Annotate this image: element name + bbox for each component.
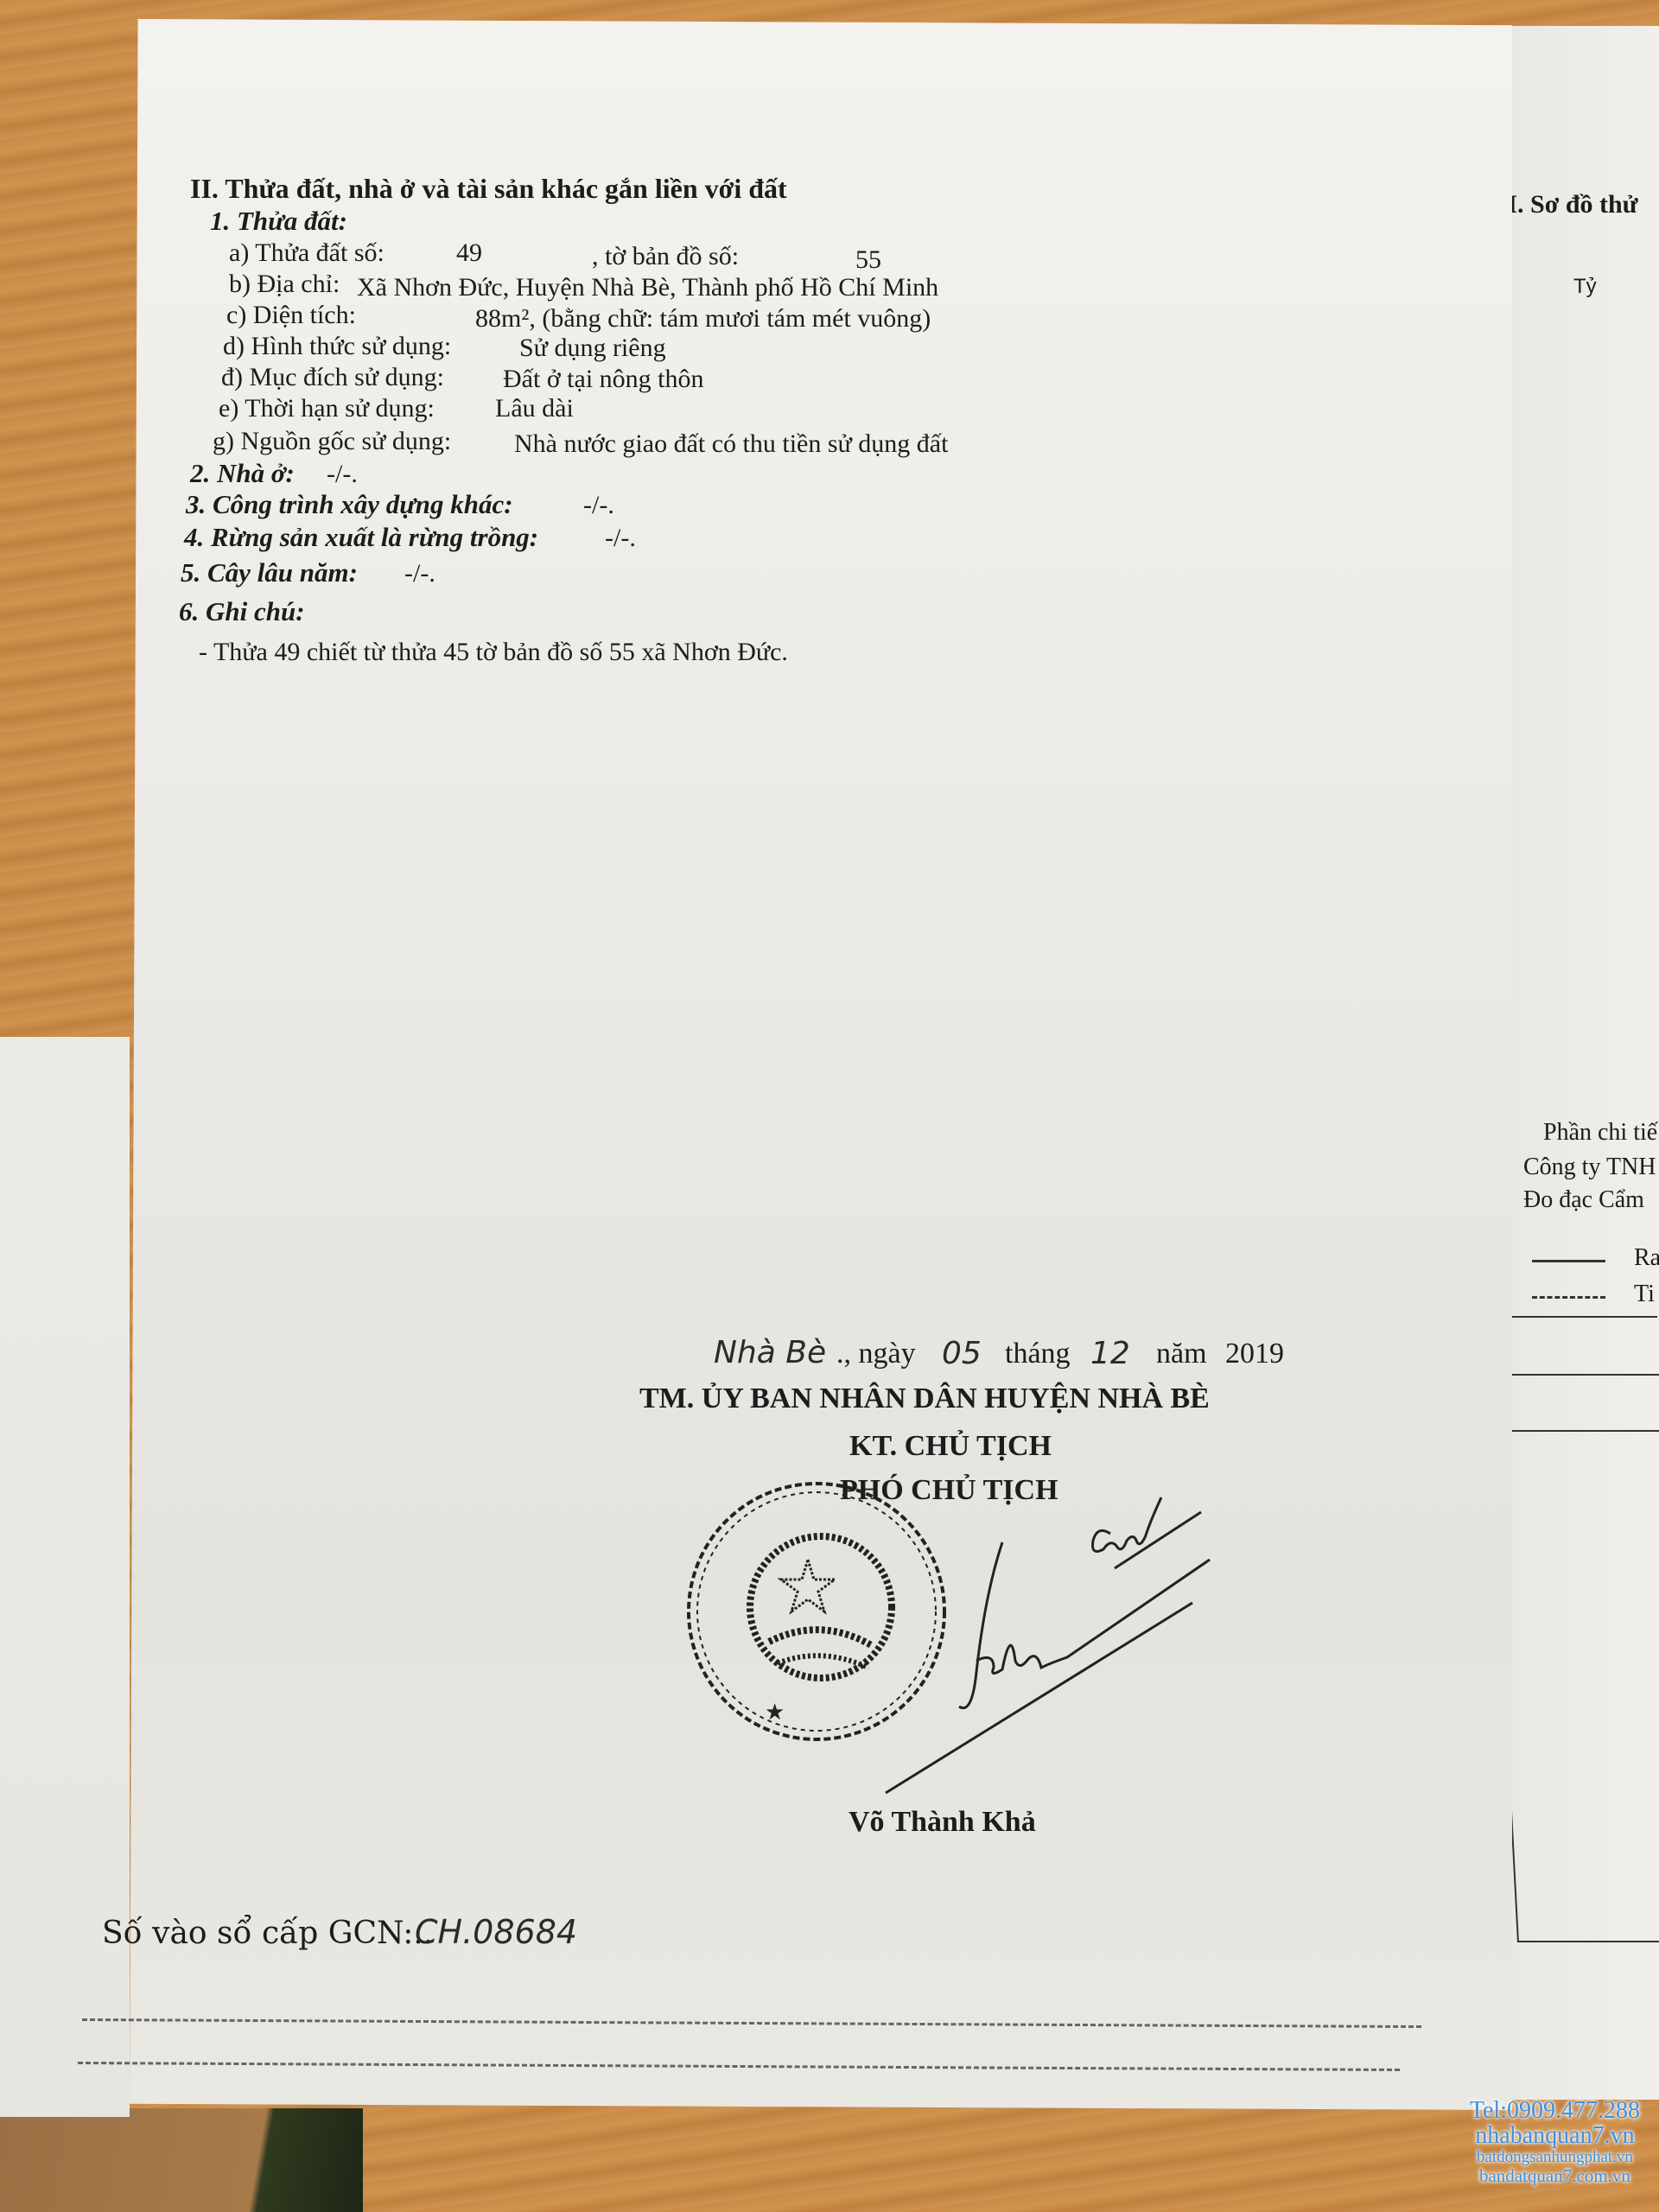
legend-label-2: Ti [1634, 1281, 1655, 1308]
signer-name: Võ Thành Khả [849, 1806, 1036, 1839]
item4-heading: 4. Rừng sản xuất là rừng trồng: [184, 522, 538, 553]
item3-heading: 3. Công trình xây dựng khác: [186, 489, 513, 520]
year-label: năm [1156, 1338, 1207, 1370]
watermark-site-2: batdongsanhungphat.vn [1470, 2149, 1640, 2166]
desk-surface-dark [0, 2108, 363, 2212]
table-divider [1490, 1374, 1659, 1376]
map-sheet-value: 55 [855, 245, 881, 275]
signing-day: 05 [942, 1336, 982, 1371]
signature-icon [847, 1434, 1244, 1797]
item3-value: -/-. [583, 491, 614, 520]
parcel-number-value: 49 [456, 238, 482, 268]
watermark: Tel:0909.477.288 nhabanquan7.vn batdongs… [1470, 2098, 1640, 2185]
page-edge [0, 1037, 130, 2117]
stamp-star: ★ [765, 1700, 785, 1726]
detail-line-3: Đo đạc Cẩm [1523, 1186, 1644, 1214]
legend-label-1: Ra [1634, 1244, 1659, 1272]
legend-dashed-line [1532, 1296, 1605, 1299]
registry-label: Số vào sổ cấp GCN:.. [102, 1916, 433, 1951]
address-label: b) Địa chỉ: [229, 270, 340, 299]
detail-line-1: Phần chi tiế [1543, 1119, 1657, 1147]
usage-term-label: e) Thời hạn sử dụng: [219, 394, 435, 423]
usage-origin-value: Nhà nước giao đất có thu tiền sử dụng đấ… [514, 429, 948, 459]
map-sheet-label: , tờ bản đồ số: [592, 242, 739, 271]
watermark-site-1: nhabanquan7.vn [1470, 2123, 1640, 2148]
usage-form-value: Sử dụng riêng [519, 334, 666, 363]
legend-solid-line [1532, 1260, 1605, 1262]
signing-month: 12 [1090, 1336, 1130, 1371]
note-text: - Thửa 49 chiết từ thửa 45 tờ bản đồ số … [199, 638, 788, 667]
watermark-site-3: bandatquan7.com.vn [1470, 2166, 1640, 2185]
section2-title: II. Thửa đất, nhà ở và tài sản khác gắn … [190, 173, 787, 205]
usage-form-label: d) Hình thức sử dụng: [223, 332, 451, 361]
signing-place: Nhà Bè [714, 1335, 826, 1370]
month-label: tháng [1005, 1338, 1071, 1370]
item5-value: -/-. [404, 559, 435, 588]
issuing-organization: TM. ỦY BAN NHÂN DÂN HUYỆN NHÀ BÈ [639, 1382, 1210, 1415]
item2-heading: 2. Nhà ở: [190, 458, 295, 489]
usage-purpose-value: Đất ở tại nông thôn [503, 365, 704, 394]
usage-term-value: Lâu dài [495, 394, 574, 423]
parcel-number-label: a) Thửa đất số: [229, 238, 385, 268]
item5-heading: 5. Cây lâu năm: [181, 557, 358, 588]
area-value: 88m², (bằng chữ: tám mươi tám mét vuông) [475, 304, 931, 334]
address-value: Xã Nhơn Đức, Huyện Nhà Bè, Thành phố Hồ … [357, 273, 938, 302]
usage-origin-label: g) Nguồn gốc sử dụng: [213, 427, 451, 456]
item2-value: -/-. [327, 460, 358, 489]
table-divider [1492, 1430, 1659, 1432]
usage-purpose-label: đ) Mục đích sử dụng: [221, 363, 444, 392]
date-prefix: ., ngày [836, 1338, 916, 1370]
registry-number: CH.08684 [415, 1913, 577, 1951]
detail-line-2: Công ty TNH [1523, 1154, 1656, 1181]
signing-year: 2019 [1225, 1338, 1284, 1370]
watermark-tel: Tel:0909.477.288 [1470, 2098, 1640, 2123]
scale-label: Tỷ [1573, 275, 1597, 299]
item1-heading: 1. Thửa đất: [210, 206, 347, 237]
item4-value: -/-. [605, 524, 636, 553]
item6-heading: 6. Ghi chú: [179, 596, 305, 627]
area-label: c) Diện tích: [226, 301, 356, 330]
